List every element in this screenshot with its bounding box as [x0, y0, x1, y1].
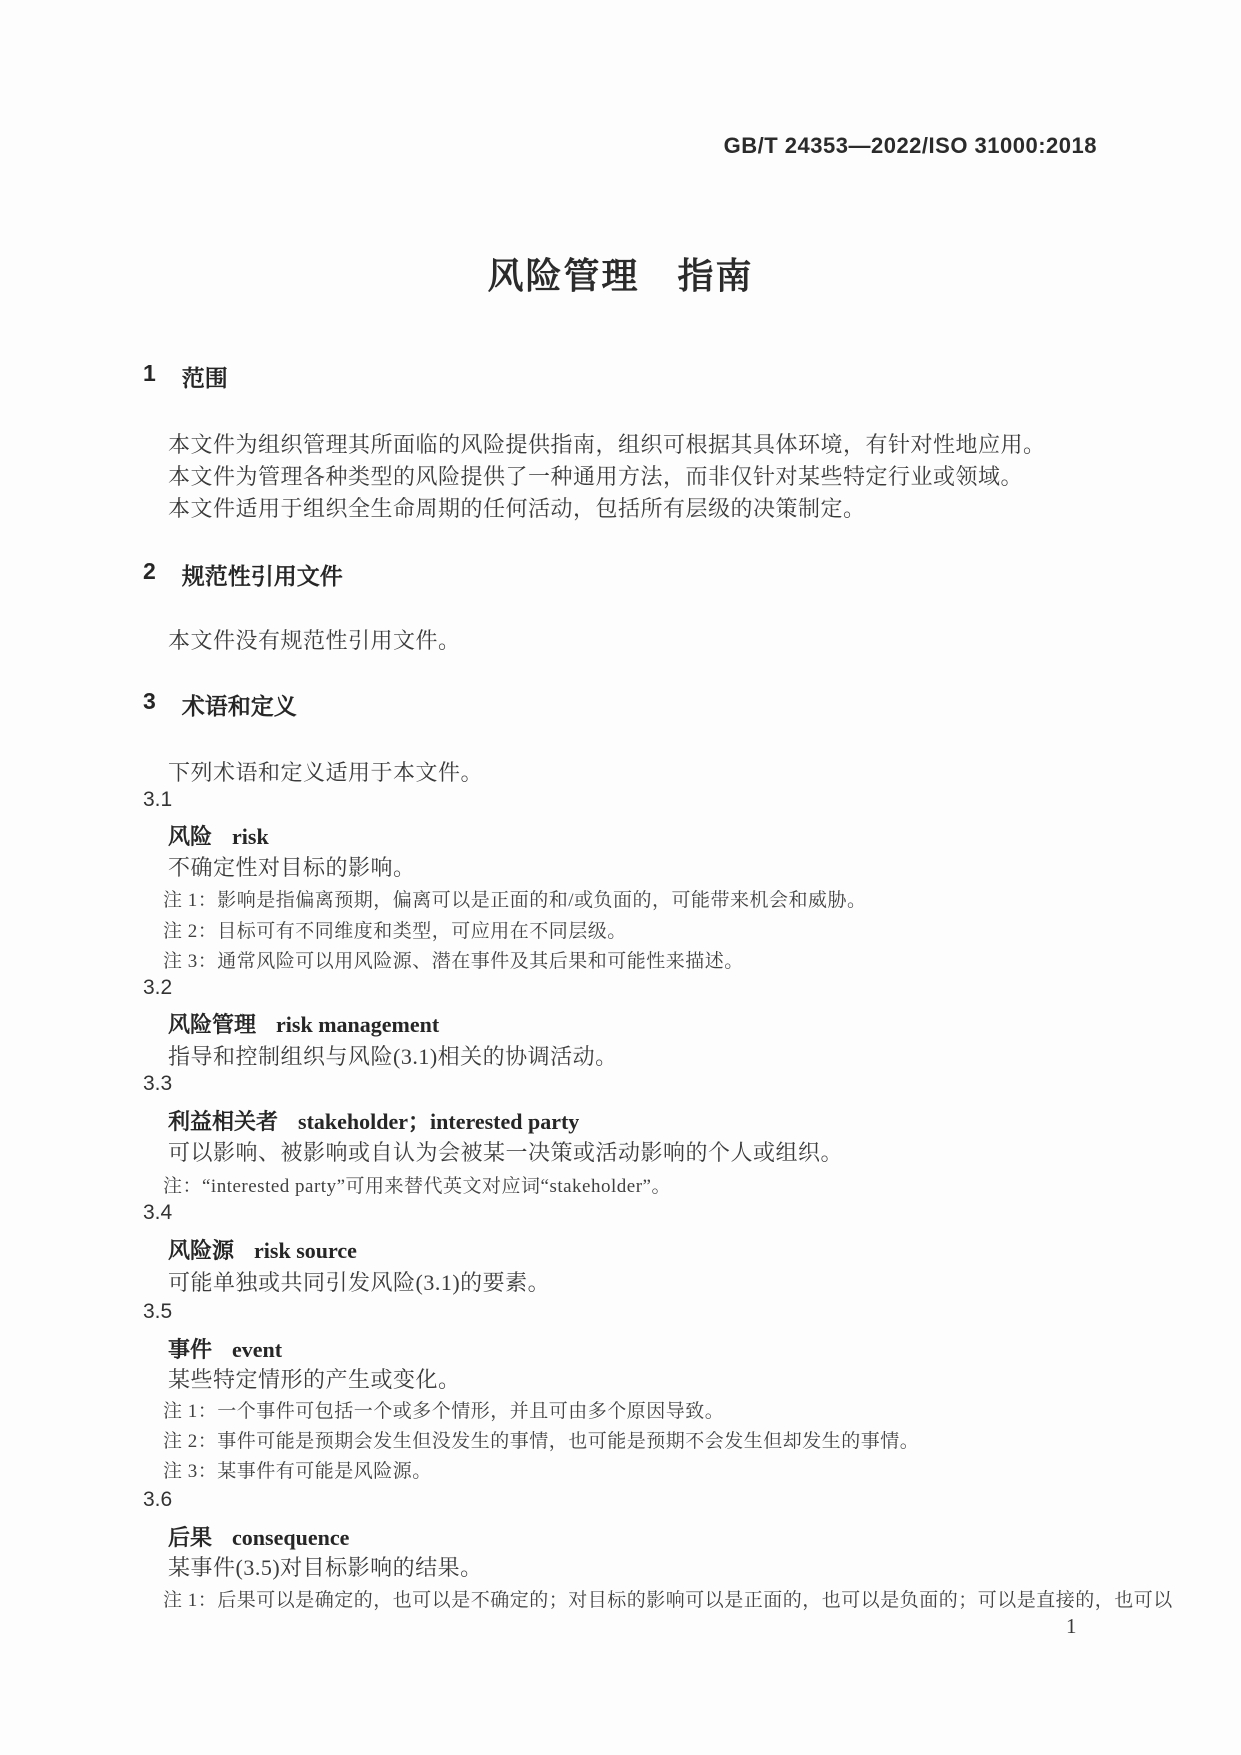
term-number: 3.3 [143, 1072, 172, 1096]
term-definition: 可以影响、被影响或自认为会被某一决策或活动影响的个人或组织。 [168, 1136, 843, 1167]
term-title-zh: 后果 [168, 1521, 212, 1552]
term-note: 注 1：影响是指偏离预期，偏离可以是正面的和/或负面的，可能带来机会和威胁。 [163, 885, 867, 912]
term-definition: 某些特定情形的产生或变化。 [168, 1363, 461, 1394]
term-title: 事件 event [168, 1333, 282, 1364]
section-1-paragraph-line: 本文件为组织管理其所面临的风险提供指南，组织可根据其具体环境，有针对性地应用。 [168, 428, 1046, 459]
section-2-number: 2 [143, 558, 156, 591]
term-title: 后果 consequence [168, 1521, 349, 1552]
term-title-en: risk [232, 824, 269, 850]
term-title-en: risk management [276, 1012, 439, 1038]
term-title-zh: 风险管理 [168, 1008, 256, 1039]
term-note: 注 2：目标可有不同维度和类型，可应用在不同层级。 [163, 916, 627, 943]
section-3-heading: 3 术语和定义 [143, 688, 297, 721]
term-title-en: consequence [232, 1525, 349, 1551]
term-definition: 可能单独或共同引发风险(3.1)的要素。 [168, 1266, 550, 1297]
section-1-number: 1 [143, 360, 156, 393]
term-note: 注 3：某事件有可能是风险源。 [163, 1456, 432, 1483]
section-3-label: 术语和定义 [182, 688, 297, 721]
standard-code: GB/T 24353—2022/ISO 31000:2018 [724, 133, 1097, 159]
section-1-paragraph-line: 本文件适用于组织全生命周期的任何活动，包括所有层级的决策制定。 [168, 492, 866, 523]
term-title-en: event [232, 1337, 282, 1363]
term-title: 风险 risk [168, 820, 269, 851]
term-note: 注 1：后果可以是确定的，也可以是不确定的；对目标的影响可以是正面的，也可以是负… [163, 1585, 1173, 1612]
term-title-zh: 风险源 [168, 1234, 234, 1265]
term-definition: 指导和控制组织与风险(3.1)相关的协调活动。 [168, 1040, 618, 1071]
term-title: 风险源 risk source [168, 1234, 357, 1265]
term-definition: 某事件(3.5)对目标影响的结果。 [168, 1551, 483, 1582]
term-definition: 不确定性对目标的影响。 [168, 851, 416, 882]
term-title-zh: 事件 [168, 1333, 212, 1364]
term-title-en: risk source [254, 1238, 357, 1264]
term-number: 3.5 [143, 1300, 172, 1324]
section-2-label: 规范性引用文件 [182, 558, 343, 591]
term-title-en: stakeholder；interested party [298, 1105, 579, 1136]
term-number: 3.2 [143, 976, 172, 1000]
term-title-zh: 利益相关者 [168, 1105, 278, 1136]
section-3-intro: 下列术语和定义适用于本文件。 [168, 756, 483, 787]
document-page: GB/T 24353—2022/ISO 31000:2018 风险管理 指南 1… [0, 0, 1241, 1755]
section-2-paragraph: 本文件没有规范性引用文件。 [168, 624, 461, 655]
term-number: 3.1 [143, 788, 172, 812]
section-3-number: 3 [143, 688, 156, 721]
section-1-label: 范围 [182, 360, 228, 393]
term-title-zh: 风险 [168, 820, 212, 851]
section-2-heading: 2 规范性引用文件 [143, 558, 343, 591]
term-number: 3.6 [143, 1488, 172, 1512]
term-title: 风险管理 risk management [168, 1008, 439, 1039]
term-number: 3.4 [143, 1201, 172, 1225]
section-1-paragraph-line: 本文件为管理各种类型的风险提供了一种通用方法，而非仅针对某些特定行业或领域。 [168, 460, 1023, 491]
term-note: 注 1：一个事件可包括一个或多个情形，并且可由多个原因导致。 [163, 1396, 724, 1423]
term-note: 注 3：通常风险可以用风险源、潜在事件及其后果和可能性来描述。 [163, 946, 744, 973]
section-1-heading: 1 范围 [143, 360, 228, 393]
term-note: 注 2：事件可能是预期会发生但没发生的事情，也可能是预期不会发生但却发生的事情。 [163, 1426, 919, 1453]
page-number: 1 [1066, 1614, 1077, 1639]
term-note: 注：“interested party”可用来替代英文对应词“stakehold… [163, 1171, 671, 1198]
term-title: 利益相关者 stakeholder；interested party [168, 1105, 579, 1136]
page-title: 风险管理 指南 [0, 248, 1241, 299]
